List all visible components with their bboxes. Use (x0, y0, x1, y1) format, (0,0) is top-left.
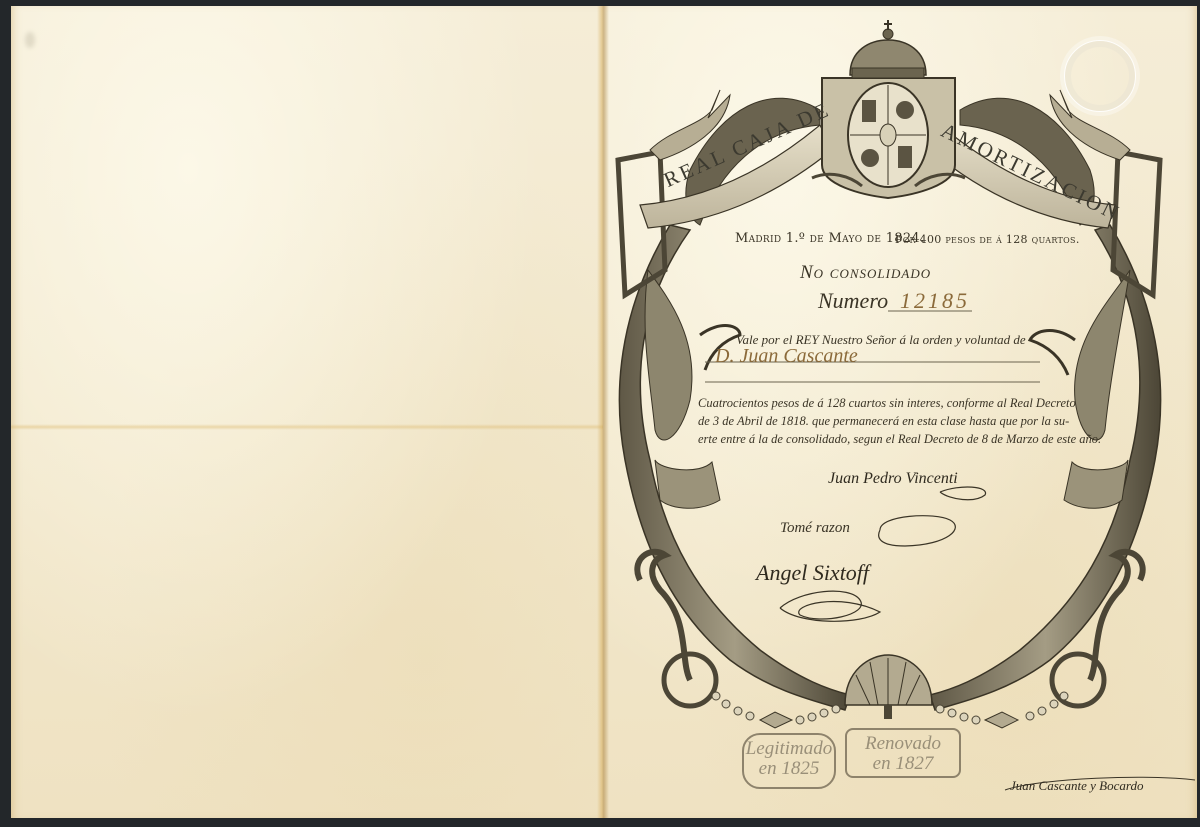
horizontal-fold-line (11, 424, 603, 430)
tome-razon-label: Tomé razon (780, 520, 850, 537)
stamp-line: Renovado (847, 734, 959, 754)
certificate-number: 12185 (900, 288, 970, 314)
signature-official: Juan Pedro Vincenti (828, 470, 958, 488)
body-text-line-3: erte entre á la de consolidado, segun el… (698, 432, 1101, 447)
body-text-line-1: Cuatrocientos pesos de á 128 cuartos sin… (698, 396, 1076, 411)
payee-name: D. Juan Cascante (715, 345, 858, 368)
embossed-seal (1064, 40, 1136, 112)
stamp-renovado: Renovado en 1827 (845, 728, 961, 778)
certificate-page (603, 6, 1197, 818)
signature-endorsement: Juan Cascante y Bocardo (1010, 778, 1143, 794)
amount-line: Por 400 pesos de á 128 quartos. (895, 233, 1080, 246)
stamp-line: Legitimado (744, 739, 834, 759)
smudge-mark (25, 32, 35, 48)
document-sheet (11, 6, 1197, 818)
center-fold (597, 6, 609, 818)
number-label: Numero (818, 288, 888, 314)
stamp-line: en 1827 (847, 754, 959, 774)
status-heading: No consolidado (800, 262, 931, 284)
signature-registrar: Angel Sixtoff (756, 560, 869, 586)
body-text-line-2: de 3 de Abril de 1818. que permanecerá e… (698, 414, 1069, 429)
blank-left-page (11, 6, 603, 818)
stamp-legitimado: Legitimado en 1825 (742, 733, 836, 789)
stamp-line: en 1825 (744, 759, 834, 779)
